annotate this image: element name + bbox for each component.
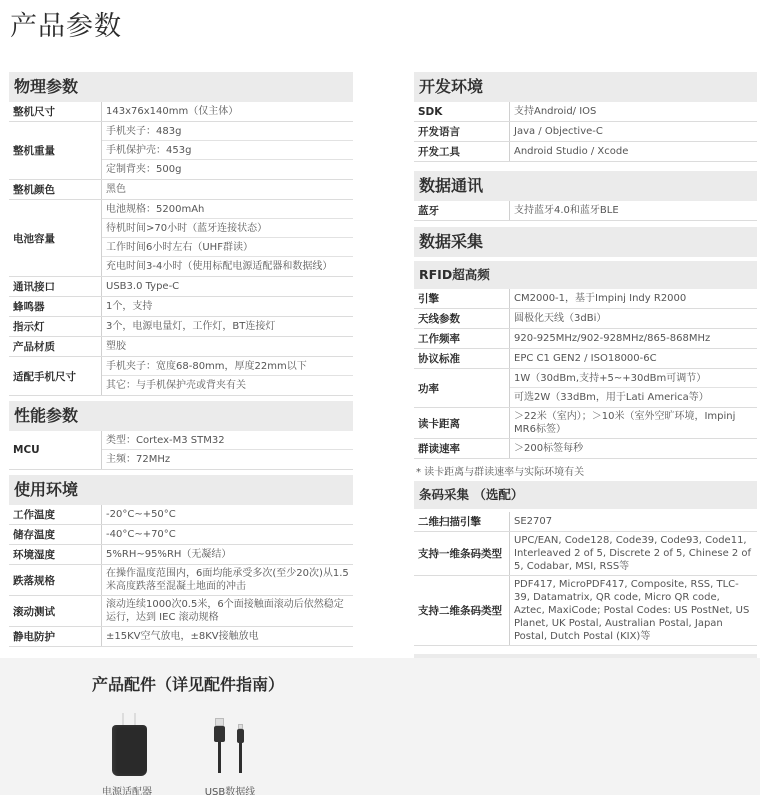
section-physical-title: 物理参数 [9, 72, 353, 102]
spec-row: SDK支持Android/ IOS [414, 102, 757, 122]
spec-value-text: ＞22米（室内）；＞10米（室外空旷环境，Impinj MR6标签） [510, 408, 757, 438]
spec-key: 储存温度 [9, 525, 101, 544]
spec-value-line: Android Studio / Xcode [510, 142, 757, 161]
spec-value: Android Studio / Xcode [509, 142, 757, 161]
spec-row: 产品材质塑胶 [9, 337, 353, 357]
spec-value: 黑色 [101, 180, 353, 199]
spec-value: UPC/EAN, Code128, Code39, Code93, Code11… [509, 532, 757, 575]
spec-row: 开发工具Android Studio / Xcode [414, 142, 757, 162]
spec-value-text: 滚动连续1000次0.5米，6个面接触面滚动后依然稳定运行，达到 IEC 滚动规… [102, 596, 353, 626]
spec-value: ＞200标签每秒 [509, 439, 757, 458]
physical-spec-table: 整机尺寸143x76x140mm（仅主体）整机重量手机夹子：483g手机保护壳：… [9, 102, 353, 396]
spec-value: 3个，电源电量灯，工作灯，BT连接灯 [101, 317, 353, 336]
spec-value: 手机夹子：宽度68-80mm，厚度22mm以下其它：与手机保护壳或背夹有关 [101, 357, 353, 395]
spec-value: 在操作温度范围内，6面均能承受多次(至少20次)从1.5米高度跌落至混凝土地面的… [101, 565, 353, 595]
accessory-label-usb-cable: USB数据线 [190, 783, 270, 795]
spec-row: 工作温度-20°C~+50°C [9, 505, 353, 525]
spec-value: -40°C~+70°C [101, 525, 353, 544]
spec-row: 通讯接口USB3.0 Type-C [9, 277, 353, 297]
spec-value: 塑胶 [101, 337, 353, 356]
barcode-spec-table: 二维扫描引擎SE2707支持一维条码类型UPC/EAN, Code128, Co… [414, 512, 757, 646]
spec-value-text: UPC/EAN, Code128, Code39, Code93, Code11… [510, 532, 757, 575]
spec-value: 手机夹子：483g手机保护壳：453g定制背夹：500g [101, 122, 353, 179]
spec-value: ＞22米（室内）；＞10米（室外空旷环境，Impinj MR6标签） [509, 408, 757, 438]
accessory-label-adapter: 电源适配器 [87, 783, 167, 795]
spec-value-line: 5%RH~95%RH（无凝结） [102, 545, 353, 564]
spec-row: 读卡距离＞22米（室内）；＞10米（室外空旷环境，Impinj MR6标签） [414, 408, 757, 439]
spec-row: 工作频率920-925MHz/902-928MHz/865-868MHz [414, 329, 757, 349]
spec-value-line: -20°C~+50°C [102, 505, 353, 524]
spec-value-line: CM2000-1，基于Impinj Indy R2000 [510, 289, 757, 308]
left-column: 物理参数 整机尺寸143x76x140mm（仅主体）整机重量手机夹子：483g手… [9, 72, 353, 647]
spec-key: 电池容量 [9, 200, 101, 276]
spec-row: 静电防护±15KV空气放电，±8KV接触放电 [9, 627, 353, 647]
spec-value: 电池规格：5200mAh待机时间>70小时（蓝牙连接状态）工作时间6小时左右（U… [101, 200, 353, 276]
spec-value-text: 在操作温度范围内，6面均能承受多次(至少20次)从1.5米高度跌落至混凝土地面的… [102, 565, 353, 595]
spec-value-line: 圆极化天线（3dBi） [510, 309, 757, 328]
spec-value-line: ±15KV空气放电，±8KV接触放电 [102, 627, 353, 646]
spec-row: 支持二维条码类型PDF417, MicroPDF417, Composite, … [414, 576, 757, 646]
spec-value-text: PDF417, MicroPDF417, Composite, RSS, TLC… [510, 576, 757, 645]
spec-value: 滚动连续1000次0.5米，6个面接触面滚动后依然稳定运行，达到 IEC 滚动规… [101, 596, 353, 626]
spec-row: 环境湿度5%RH~95%RH（无凝结） [9, 545, 353, 565]
spec-value-line: 充电时间3-4小时（使用标配电源适配器和数据线） [102, 257, 353, 276]
spec-value-line: USB3.0 Type-C [102, 277, 353, 296]
spec-key: 通讯接口 [9, 277, 101, 296]
spec-value: 1W（30dBm,支持+5~+30dBm可调节）可选2W（33dBm，用于Lat… [509, 369, 757, 407]
spec-key: 环境湿度 [9, 545, 101, 564]
spec-key: 功率 [414, 369, 509, 407]
spec-key: 工作频率 [414, 329, 509, 348]
spec-value-line: 3个，电源电量灯，工作灯，BT连接灯 [102, 317, 353, 336]
spec-value: Java / Objective-C [509, 122, 757, 141]
dev-spec-table: SDK支持Android/ IOS开发语言Java / Objective-C开… [414, 102, 757, 162]
spec-row: 蜂鸣器1个，支持 [9, 297, 353, 317]
barcode-subsection-title: 条码采集 （选配） [414, 481, 757, 509]
accessories-title: 产品配件（详见配件指南） [92, 672, 284, 695]
spec-value-line: 电池规格：5200mAh [102, 200, 353, 219]
spec-key: 蜂鸣器 [9, 297, 101, 316]
environment-spec-table: 工作温度-20°C~+50°C储存温度-40°C~+70°C环境湿度5%RH~9… [9, 505, 353, 647]
rfid-note: * 读卡距离与群读速率与实际环境有关 [414, 459, 757, 481]
section-performance-title: 性能参数 [9, 401, 353, 431]
spec-key: 开发语言 [414, 122, 509, 141]
spec-key: 工作温度 [9, 505, 101, 524]
spec-value: CM2000-1，基于Impinj Indy R2000 [509, 289, 757, 308]
spec-key: 适配手机尺寸 [9, 357, 101, 395]
spec-value: 143x76x140mm（仅主体） [101, 102, 353, 121]
spec-value: ±15KV空气放电，±8KV接触放电 [101, 627, 353, 646]
spec-row: 滚动测试滚动连续1000次0.5米，6个面接触面滚动后依然稳定运行，达到 IEC… [9, 596, 353, 627]
spec-key: 指示灯 [9, 317, 101, 336]
page-title: 产品参数 [10, 4, 122, 43]
spec-value-line: 待机时间>70小时（蓝牙连接状态） [102, 219, 353, 238]
spec-value: PDF417, MicroPDF417, Composite, RSS, TLC… [509, 576, 757, 645]
section-environment-title: 使用环境 [9, 475, 353, 505]
spec-key: 二维扫描引擎 [414, 512, 509, 531]
spec-value-line: 工作时间6小时左右（UHF群读） [102, 238, 353, 257]
spec-key: 静电防护 [9, 627, 101, 646]
spec-key: 整机尺寸 [9, 102, 101, 121]
spec-row: 支持一维条码类型UPC/EAN, Code128, Code39, Code93… [414, 532, 757, 576]
spec-row: 群读速率＞200标签每秒 [414, 439, 757, 459]
section-dev-title: 开发环境 [414, 72, 757, 102]
spec-key: 滚动测试 [9, 596, 101, 626]
spec-key: SDK [414, 102, 509, 121]
spec-value-line: SE2707 [510, 512, 757, 531]
spec-value: 圆极化天线（3dBi） [509, 309, 757, 328]
spec-value: -20°C~+50°C [101, 505, 353, 524]
right-column: 开发环境 SDK支持Android/ IOS开发语言Java / Objecti… [414, 72, 757, 663]
spec-value-line: 920-925MHz/902-928MHz/865-868MHz [510, 329, 757, 348]
performance-spec-table: MCU类型：Cortex-M3 STM32主频：72MHz [9, 431, 353, 470]
spec-value: 920-925MHz/902-928MHz/865-868MHz [509, 329, 757, 348]
spec-row: 适配手机尺寸手机夹子：宽度68-80mm，厚度22mm以下其它：与手机保护壳或背… [9, 357, 353, 396]
spec-key: 天线参数 [414, 309, 509, 328]
spec-row: 功率1W（30dBm,支持+5~+30dBm可调节）可选2W（33dBm，用于L… [414, 369, 757, 408]
spec-value-line: 类型：Cortex-M3 STM32 [102, 431, 353, 450]
spec-row: 天线参数圆极化天线（3dBi） [414, 309, 757, 329]
spec-value-line: 手机保护壳：453g [102, 141, 353, 160]
spec-row: 整机重量手机夹子：483g手机保护壳：453g定制背夹：500g [9, 122, 353, 180]
spec-value-line: 塑胶 [102, 337, 353, 356]
spec-row: 协议标准EPC C1 GEN2 / ISO18000-6C [414, 349, 757, 369]
spec-row: 电池容量电池规格：5200mAh待机时间>70小时（蓝牙连接状态）工作时间6小时… [9, 200, 353, 277]
spec-value: USB3.0 Type-C [101, 277, 353, 296]
spec-row: MCU类型：Cortex-M3 STM32主频：72MHz [9, 431, 353, 470]
comm-spec-table: 蓝牙支持蓝牙4.0和蓝牙BLE [414, 201, 757, 221]
section-comm-title: 数据通讯 [414, 171, 757, 201]
spec-value: 类型：Cortex-M3 STM32主频：72MHz [101, 431, 353, 469]
spec-value: 支持蓝牙4.0和蓝牙BLE [509, 201, 757, 220]
spec-value-line: 支持蓝牙4.0和蓝牙BLE [510, 201, 757, 220]
spec-value-line: Java / Objective-C [510, 122, 757, 141]
spec-key: 蓝牙 [414, 201, 509, 220]
spec-value-line: 支持Android/ IOS [510, 102, 757, 121]
spec-key: 开发工具 [414, 142, 509, 161]
spec-key: MCU [9, 431, 101, 469]
spec-key: 跌落规格 [9, 565, 101, 595]
spec-row: 指示灯3个，电源电量灯，工作灯，BT连接灯 [9, 317, 353, 337]
spec-row: 跌落规格在操作温度范围内，6面均能承受多次(至少20次)从1.5米高度跌落至混凝… [9, 565, 353, 596]
spec-value-line: 可选2W（33dBm，用于Lati America等） [510, 388, 757, 407]
spec-key: 整机颜色 [9, 180, 101, 199]
spec-row: 整机尺寸143x76x140mm（仅主体） [9, 102, 353, 122]
spec-value: EPC C1 GEN2 / ISO18000-6C [509, 349, 757, 368]
spec-value-line: 1个，支持 [102, 297, 353, 316]
spec-row: 整机颜色黑色 [9, 180, 353, 200]
spec-value-line: 黑色 [102, 180, 353, 199]
spec-key: 整机重量 [9, 122, 101, 179]
spec-key: 产品材质 [9, 337, 101, 356]
spec-value-line: 其它：与手机保护壳或背夹有关 [102, 376, 353, 395]
spec-row: 二维扫描引擎SE2707 [414, 512, 757, 532]
spec-row: 储存温度-40°C~+70°C [9, 525, 353, 545]
spec-key: 引擎 [414, 289, 509, 308]
spec-value-line: 143x76x140mm（仅主体） [102, 102, 353, 121]
spec-row: 引擎CM2000-1，基于Impinj Indy R2000 [414, 289, 757, 309]
spec-value: SE2707 [509, 512, 757, 531]
rfid-spec-table: 引擎CM2000-1，基于Impinj Indy R2000天线参数圆极化天线（… [414, 289, 757, 459]
spec-value-line: 1W（30dBm,支持+5~+30dBm可调节） [510, 369, 757, 388]
spec-value-line: EPC C1 GEN2 / ISO18000-6C [510, 349, 757, 368]
spec-key: 协议标准 [414, 349, 509, 368]
spec-value: 支持Android/ IOS [509, 102, 757, 121]
spec-key: 支持一维条码类型 [414, 532, 509, 575]
spec-value-line: 定制背夹：500g [102, 160, 353, 179]
spec-row: 开发语言Java / Objective-C [414, 122, 757, 142]
spec-value: 1个，支持 [101, 297, 353, 316]
section-collect-title: 数据采集 [414, 227, 757, 257]
spec-value-line: ＞200标签每秒 [510, 439, 757, 458]
spec-value-line: 手机夹子：483g [102, 122, 353, 141]
spec-value-line: 手机夹子：宽度68-80mm，厚度22mm以下 [102, 357, 353, 376]
spec-key: 群读速率 [414, 439, 509, 458]
spec-row: 蓝牙支持蓝牙4.0和蓝牙BLE [414, 201, 757, 221]
rfid-subsection-title: RFID超高频 [414, 261, 757, 289]
spec-key: 读卡距离 [414, 408, 509, 438]
spec-value-line: -40°C~+70°C [102, 525, 353, 544]
spec-value: 5%RH~95%RH（无凝结） [101, 545, 353, 564]
spec-value-line: 主频：72MHz [102, 450, 353, 469]
spec-key: 支持二维条码类型 [414, 576, 509, 645]
